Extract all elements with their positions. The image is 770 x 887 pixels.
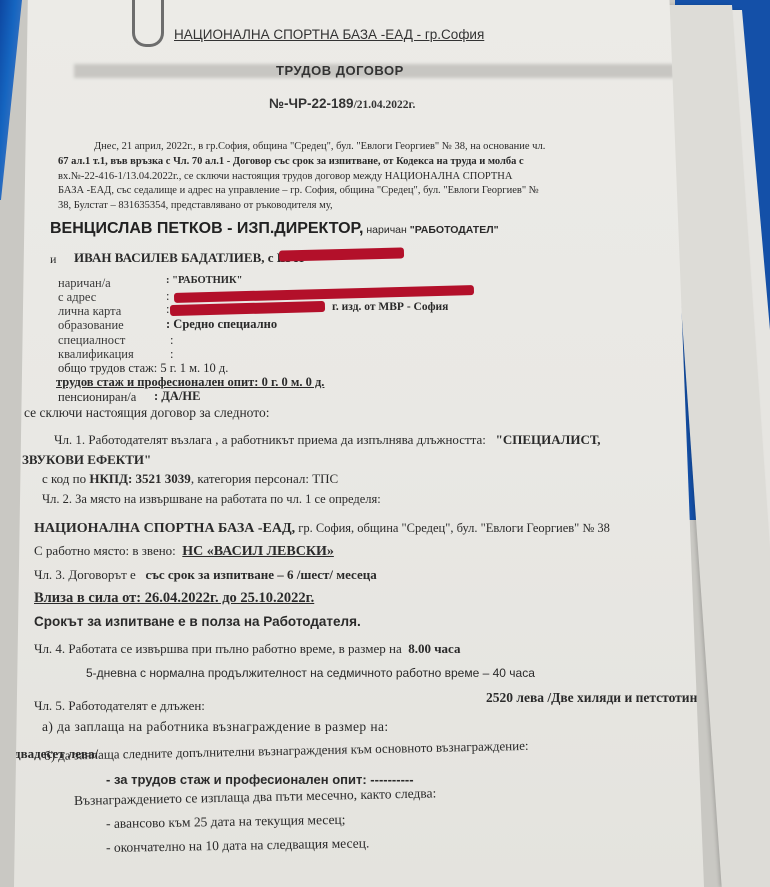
seniority-bonus: - за трудов стаж и професионален опит: -… [106, 772, 414, 787]
document-title: ТРУДОВ ДОГОВОР [276, 63, 404, 78]
redaction-mark [170, 301, 325, 316]
intro-line: вх.№-22-416-1/13.04.2022г., се сключи на… [58, 171, 512, 182]
probation-term: със срок за изпитване – 6 /шест/ месеца [146, 567, 377, 582]
field-value: : [170, 333, 173, 348]
organization-header: НАЦИОНАЛНА СПОРТНА БАЗА -ЕАД - гр.София [174, 27, 484, 42]
field-label: образование [58, 318, 124, 333]
staff-category: , категория персонал: ТПС [191, 471, 338, 486]
field-label: специалност [58, 333, 125, 348]
workplace-org: НАЦИОНАЛНА СПОРТНА БАЗА -ЕАД, [34, 521, 295, 536]
salary-amount: 2520 лева /Две хиляди и петстотин и [486, 690, 709, 706]
workplace-unit-label: С работно място: в звено: [34, 543, 176, 558]
nkpd-prefix: с код по [42, 471, 89, 486]
position-title: "СПЕЦИАЛИСТ, [496, 432, 601, 447]
field-value: : [170, 347, 173, 362]
id-card-issuer: г. изд. от МВР - София [332, 301, 448, 313]
intro-line: БАЗА -ЕАД, със седалище и адрес на управ… [58, 185, 539, 196]
retired-value: : ДА/НЕ [154, 389, 200, 404]
blue-folder-left [0, 0, 22, 200]
workplace-address: гр. София, община "Средец", бул. "Евлоги… [295, 521, 610, 535]
field-value: : "РАБОТНИК" [166, 275, 242, 286]
redaction-mark [279, 247, 404, 261]
nkpd-code-line: с код по НКПД: 3521 3039, категория перс… [42, 471, 338, 487]
employer-called: наричан [363, 224, 409, 236]
employee-prefix: и [50, 252, 56, 267]
payment-schedule: Възнаграждението се изплаща два пъти мес… [74, 785, 437, 809]
article-1-text: Чл. 1. Работодателят възлага , а работни… [54, 432, 486, 447]
employer-role: "РАБОТОДАТЕЛ" [410, 224, 499, 236]
weekly-hours: 5-дневна с нормална продължителност на с… [86, 666, 535, 680]
field-label: наричан/а [58, 276, 111, 291]
field-label: лична карта [58, 304, 121, 319]
workplace-unit: НС «ВАСИЛ ЛЕВСКИ» [182, 544, 334, 559]
field-value: : Средно специално [166, 317, 277, 332]
daily-hours: 8.00 часа [408, 641, 460, 656]
retired-label: пенсиониран/а [58, 390, 136, 405]
total-service: общо трудов стаж: 5 г. 1 м. 10 д. [58, 361, 228, 376]
field-value: : [166, 302, 169, 317]
workplace-org-line: НАЦИОНАЛНА СПОРТНА БАЗА -ЕАД, гр. София,… [34, 519, 610, 537]
article-4-text: Чл. 4. Работата се извършва при пълно ра… [34, 641, 402, 656]
employer-name: ВЕНЦИСЛАВ ПЕТКОВ - ИЗП.ДИРЕКТОР, [50, 220, 363, 237]
article-1: Чл. 1. Работодателят възлага , а работни… [54, 432, 600, 448]
article-3-label: Чл. 3. Договорът е [34, 567, 136, 582]
payment-advance: - авансово към 25 дата на текущия месец; [106, 812, 346, 832]
salary-clause: а) да заплаща на работника възнаграждени… [42, 719, 389, 735]
article-3: Чл. 3. Договорът е със срок за изпитване… [34, 567, 377, 583]
intro-line: Днес, 21 април, 2022г., в гр.София, общи… [94, 141, 545, 152]
article-5: Чл. 5. Работодателят е длъжен: [34, 698, 205, 714]
payment-final: - окончателно на 10 дата на следващия ме… [106, 835, 370, 856]
article-2: Чл. 2. За място на извършване на работат… [42, 492, 381, 507]
probation-note: Срокът за изпитване е в полза на Работод… [34, 614, 361, 629]
workplace-unit-line: С работно място: в звено: НС «ВАСИЛ ЛЕВС… [34, 543, 334, 560]
contract-number-value: №-ЧР-22-189 [269, 96, 354, 111]
additional-pay-clause: б) да заплаща следните допълнителни възн… [44, 738, 529, 764]
field-label: с адрес [58, 290, 96, 305]
employer-line: ВЕНЦИСЛАВ ПЕТКОВ - ИЗП.ДИРЕКТОР, наричан… [50, 220, 499, 238]
contract-number: №-ЧР-22-189/21.04.2022г. [269, 96, 415, 111]
concluded-line: се сключи настоящия договор за следното: [24, 405, 269, 421]
contract-page: НАЦИОНАЛНА СПОРТНА БАЗА -ЕАД - гр.София … [14, 0, 704, 887]
intro-line: 67 ал.1 т.1, във връзка с Чл. 70 ал.1 - … [58, 156, 524, 167]
field-label: квалификация [58, 347, 134, 362]
intro-line: 38, Булстат – 831635354, представлявано … [58, 200, 333, 211]
employee-name: ИВАН ВАСИЛЕВ БАДАТЛИЕВ, с ЕГН [74, 250, 304, 266]
effective-dates: Влиза в сила от: 26.04.2022г. до 25.10.2… [34, 590, 314, 607]
paperclip-icon [132, 0, 164, 47]
contract-date: /21.04.2022г. [354, 99, 416, 111]
nkpd-code: НКПД: 3521 3039 [89, 471, 190, 486]
article-4: Чл. 4. Работата се извършва при пълно ра… [34, 641, 460, 657]
professional-service: трудов стаж и професионален опит: 0 г. 0… [56, 375, 324, 390]
position-title-cont: ЗВУКОВИ ЕФЕКТИ" [22, 452, 151, 468]
